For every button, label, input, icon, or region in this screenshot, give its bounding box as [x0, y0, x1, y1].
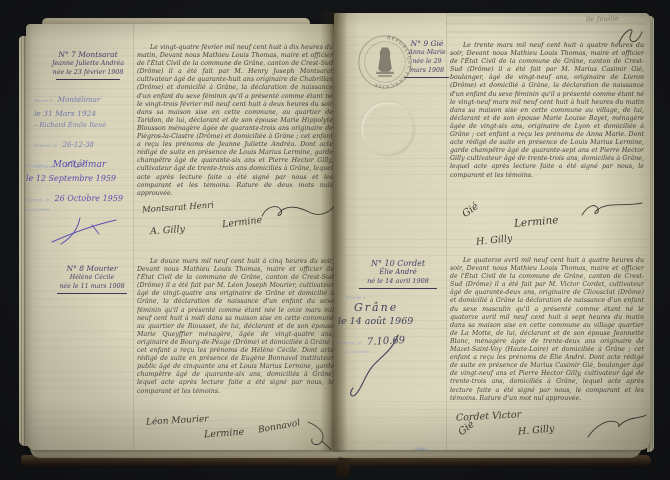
margin-underline: [405, 77, 449, 78]
act1-death-mention: Décédée à Montélimar le 12 Septembre 195…: [26, 152, 154, 246]
act2-signature-witness1: Lermine: [204, 427, 245, 441]
left-page: N° 7 Montsarat Jeanne Juliette Andréa né…: [26, 24, 334, 450]
clerk-signature-flourish: [48, 216, 120, 246]
act2-birth-date: née le 11 mars 1908: [40, 282, 144, 291]
stamp-figure: [378, 48, 392, 72]
act3-mayor-paraph-flourish: [580, 199, 644, 221]
act2-mayor-paraph-flourish: [300, 420, 334, 450]
death-date: le 12 Septembre 1959: [26, 174, 154, 183]
act4-signature-witness2: H. Gilly: [518, 423, 555, 437]
act4-birth-date: né le 14 avril 1908: [340, 277, 456, 286]
act2-signature-declarant: Léon Mourier: [146, 414, 209, 427]
act4-body-text: Le quatorze avril mil neuf cent huit à q…: [450, 257, 644, 435]
embossed-dry-seal: [360, 101, 416, 157]
margin-underline: [56, 79, 120, 80]
registry-stamp-text: Valence, le: [34, 143, 57, 148]
act1-margin-header: N° 7 Montsarat Jeanne Juliette Andréa né…: [32, 50, 144, 80]
act2-child-name: Hélène Cécile: [40, 273, 144, 282]
margin-crease: [446, 13, 447, 450]
death-place: Grâne: [354, 301, 460, 314]
bookmark-tassel: [336, 457, 352, 478]
act3-child-name: Anna Marie: [398, 48, 456, 57]
act1-child-name: Jeanne Juliette Andréa: [32, 59, 144, 68]
marriage-date: le 31 Mars 1924: [34, 109, 150, 118]
act1-body-text: Le vingt-quatre février mil neuf cent hu…: [137, 44, 333, 211]
marriage-place: Montélimar: [58, 95, 101, 104]
marriage-record-date: 26-12-38: [63, 141, 94, 149]
act1-birth-date: née le 23 février 1908: [32, 68, 144, 77]
clerk-stamp-text: Le Greffier: [26, 207, 154, 212]
act3-signature-witness2: H. Gilly: [476, 233, 513, 248]
death-date: le 14 août 1969: [338, 316, 460, 327]
act4-number: N° 10 Cordet: [340, 259, 456, 268]
sheet-number-label: 8e feuille: [586, 14, 619, 23]
act1-number: N° 7 Montsarat: [32, 50, 144, 59]
act3-body-text: Le trente mars mil neuf cent huit à quat…: [450, 42, 644, 206]
registry-stamp-text: Valence, le: [26, 197, 49, 202]
act2-body-text: Le douze mars mil neuf cent huit à cinq …: [137, 258, 334, 424]
act3-birth-date-line1: née le 29: [398, 57, 456, 66]
act4-mayor-paraph-flourish: [586, 413, 648, 443]
act3-number: N° 9 Gié: [398, 39, 456, 48]
margin-underline: [359, 288, 437, 289]
act1-mayor-paraph-flourish: [258, 202, 334, 224]
death-stamp-text: Décédée à: [26, 163, 48, 168]
death-stamp-text: Décédé à: [346, 295, 460, 300]
act2-number: N° 8 Mourier: [40, 264, 144, 273]
act4-child-name: Élie André: [340, 268, 456, 277]
marriage-stamp-text: Mariée à: [34, 98, 53, 103]
marriage-spouse: – Richard Émile René: [34, 121, 150, 129]
act4-margin-header: N° 10 Cordet Élie André né le 14 avril 1…: [340, 259, 456, 289]
act1-signature-witness2: A. Gilly: [150, 224, 186, 237]
act3-birth-date-line2: mars 1908: [398, 66, 456, 75]
death-place: Montélimar: [53, 160, 106, 170]
act3-signature-witness1: Lermine: [514, 214, 559, 230]
act1-signature-witness1: Lermine: [221, 215, 262, 231]
right-page: 8e feuille RÉPUBLIQUE FRANÇAISE N° 9 Gié…: [334, 13, 650, 450]
margin-underline: [57, 293, 127, 294]
act3-margin-header: N° 9 Gié Anna Marie née le 29 mars 1908: [398, 39, 456, 78]
act4-clerk-signature-flourish: [346, 331, 404, 403]
blue-ink-smudge: [412, 446, 430, 450]
act2-margin-header: N° 8 Mourier Hélène Cécile née le 11 mar…: [40, 264, 144, 294]
death-record-date: 26 Octobre 1959: [55, 194, 123, 203]
